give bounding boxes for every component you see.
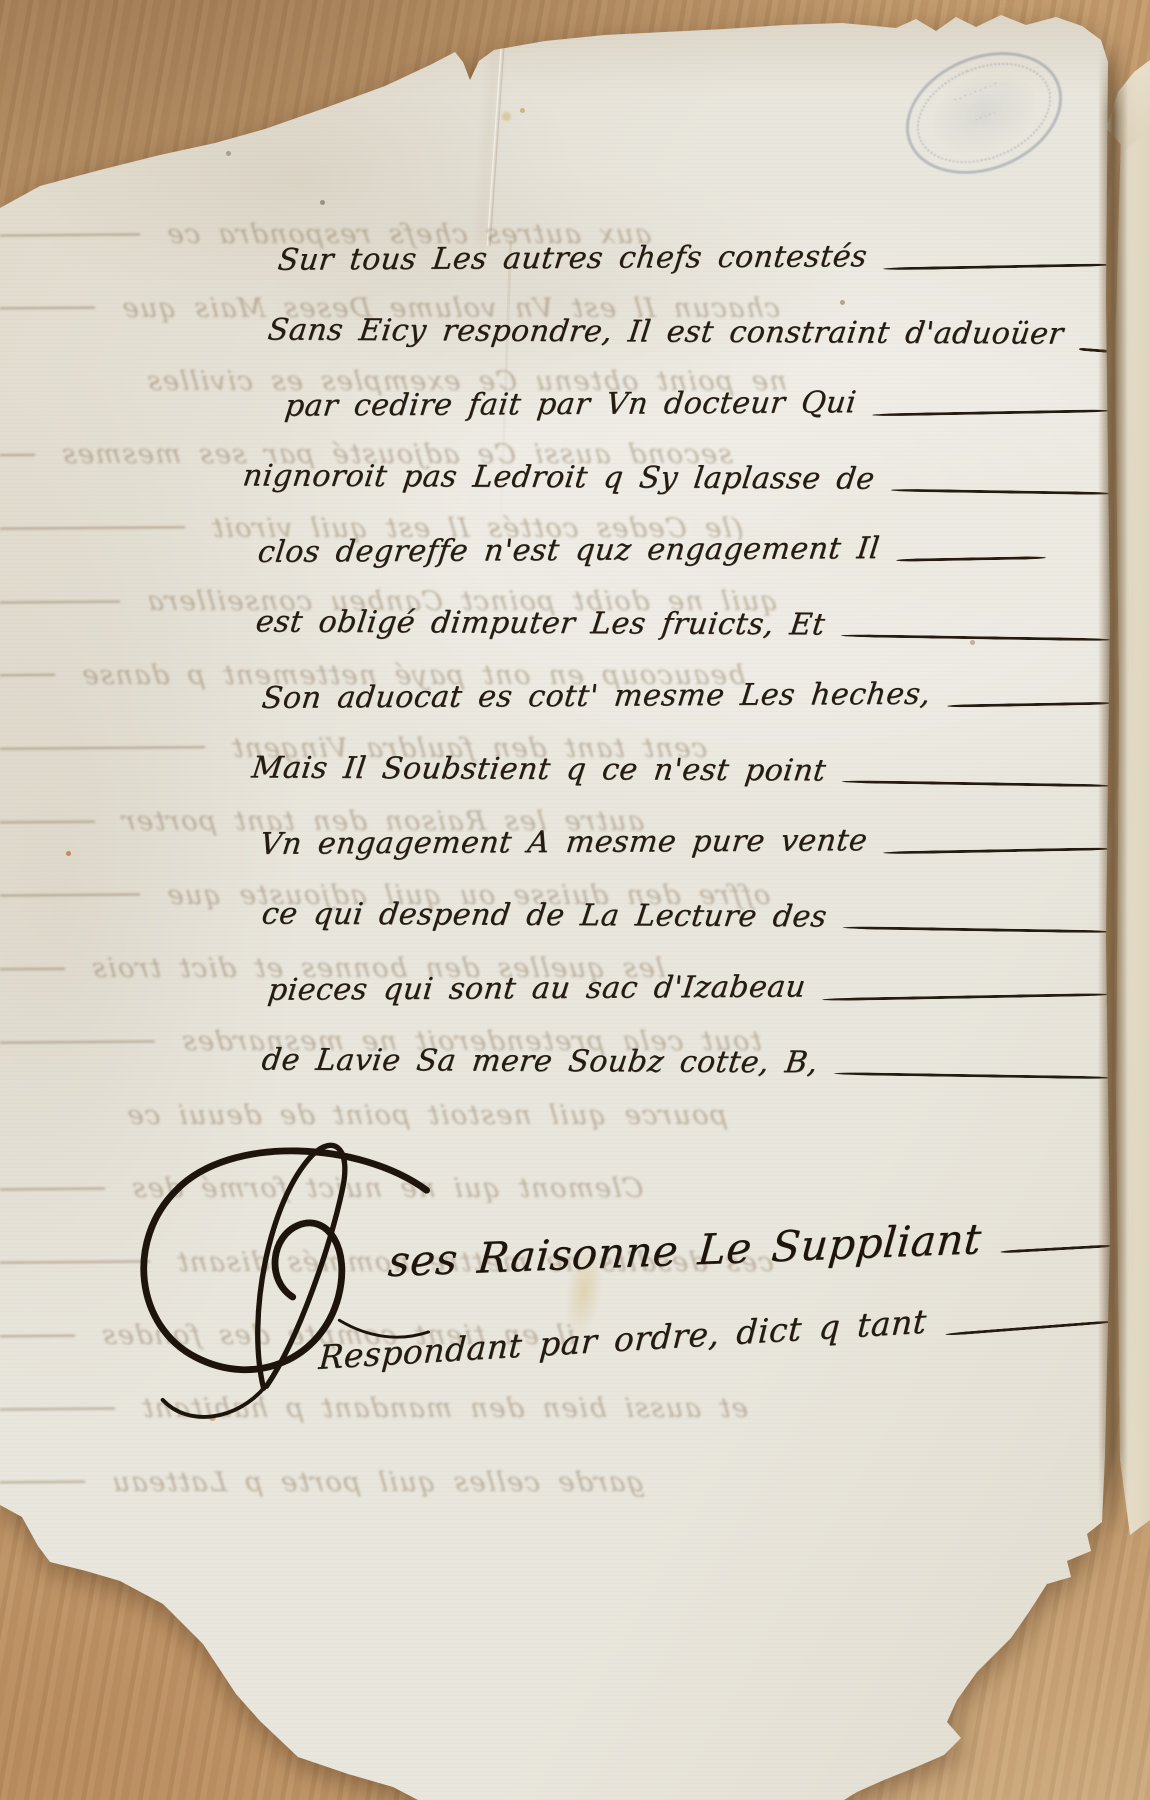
line-end-rule [822, 993, 1112, 1001]
bleedthrough-dash [0, 1407, 115, 1410]
line-end-rule [834, 1072, 1112, 1079]
manuscript-line: Vn engagement A mesme pure vente [0, 803, 1118, 883]
manuscript-line: Son aduocat es cott' mesme Les heches, [0, 657, 1118, 737]
line-end-rule [872, 409, 1112, 416]
line-end-rule [883, 263, 1112, 270]
bleedthrough-dash [0, 1334, 75, 1337]
archive-stamp: ·٠·٠·٠·٠· ٠·٠·٠ [888, 30, 1081, 196]
page-fold [1098, 44, 1128, 1536]
manuscript-line: ce qui despend de La Lecture des [0, 876, 1118, 955]
manuscript-line: Sans Eicy respondre, Il est constraint d… [0, 292, 1118, 371]
line-end-rule [842, 780, 1112, 787]
line-end-rule [896, 556, 1046, 562]
line-end-rule [947, 702, 1113, 708]
line-end-rule [883, 847, 1112, 854]
manuscript-page-wrapper: ·٠·٠·٠·٠· ٠·٠·٠ aux autres chefs respond… [0, 0, 1150, 1800]
line-end-rule [843, 926, 1112, 933]
manuscript-line: pieces qui sont au sac d'Izabeau [0, 949, 1118, 1029]
bleedthrough-line: garde celles quil porte p Latteau [0, 1446, 985, 1519]
manuscript-line: de Lavie Sa mere Soubz cotte, B, [0, 1022, 1118, 1101]
bleedthrough-dash [0, 1187, 105, 1190]
manuscript-page: ·٠·٠·٠·٠· ٠·٠·٠ aux autres chefs respond… [0, 0, 1150, 1800]
table-surface: ·٠·٠·٠·٠· ٠·٠·٠ aux autres chefs respond… [0, 0, 1150, 1800]
manuscript-line: par cedire fait par Vn docteur Qui [0, 365, 1118, 445]
manuscript-text-block: Sur tous Les autres chefs contestés Sans… [0, 222, 1118, 1098]
line-end-rule [841, 634, 1112, 641]
manuscript-line: Sur tous Les autres chefs contestés [0, 219, 1118, 299]
line-end-rule [890, 489, 1111, 495]
manuscript-line: clos degreffe n'est quz engagement Il [0, 511, 1118, 591]
bleedthrough-dash [0, 1481, 85, 1484]
line-end-rule [945, 1320, 1114, 1336]
manuscript-line: est obligé dimputer Les fruicts, Et [0, 584, 1118, 663]
manuscript-line: Mais Il Soubstient q ce n'est point [0, 730, 1118, 809]
manuscript-line: nignoroit pas Ledroit q Sy laplasse de [0, 438, 1118, 517]
